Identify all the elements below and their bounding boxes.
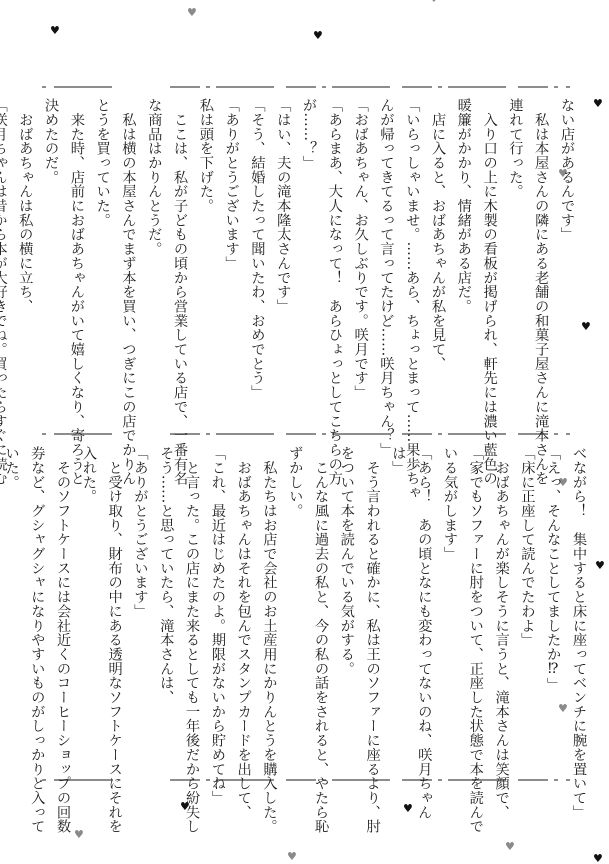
text-line: 「咲月ちゃんは昔から本が大好きでね。買ったらすぐに読む bbox=[0, 98, 11, 418]
text-line: が……？」 bbox=[295, 98, 321, 418]
text-line: 暖簾がかかり、情緒がある店だ。 bbox=[450, 98, 476, 418]
text-line: 「はい、夫の滝本隆太さんです」 bbox=[269, 98, 295, 418]
heart-icon: ♥ bbox=[595, 560, 605, 571]
text-line: 「えっ、そんなことしてましたか⁉」 bbox=[539, 446, 565, 766]
text-line: 「これ、最近はじめたのよ。期限がないから貯めてね」 bbox=[204, 446, 230, 766]
text-line: いる気がします」 bbox=[436, 446, 462, 766]
text-line: 「いらっしゃいませ。……あら、ちょっとまって……果歩ちゃ bbox=[398, 98, 424, 418]
text-line: 入れた。 bbox=[75, 446, 101, 766]
text-line: んが帰ってきてるって言ってたけど……咲月ちゃん？」 bbox=[373, 98, 399, 418]
heart-icon: ♥ bbox=[593, 98, 603, 109]
heart-icon: ♥ bbox=[429, 0, 439, 4]
text-line: をついて本を読んでいる気がする。 bbox=[333, 446, 359, 766]
text-block-upper: ない店があるんです」 私は本屋さんの隣にある老舗の和菓子屋さんに滝本さんを連れて… bbox=[0, 98, 579, 418]
text-line: おばあちゃんは私の横に立ち、 bbox=[11, 98, 37, 418]
text-line: 決めたのだ。 bbox=[37, 98, 63, 418]
text-line: べながら！ 集中すると床に座ってベンチに腕を置いて」 bbox=[565, 446, 591, 766]
heart-icon: ♥ bbox=[593, 853, 603, 864]
text-line: 「おばあちゃん、お久しぶりです。咲月です」 bbox=[347, 98, 373, 418]
text-line: 「床に正座して読んでたわよ」 bbox=[514, 446, 540, 766]
text-line: おばあちゃんはそれを包んでスタンプカードを出して、 bbox=[230, 446, 256, 766]
text-line: 「あら！ あの頃となにも変わってないのね、咲月ちゃん bbox=[410, 446, 436, 766]
text-line: と言った。この店にまた来るとしても一年後だから紛失し bbox=[178, 446, 204, 766]
text-line: ずかしい。 bbox=[281, 446, 307, 766]
text-line: とうを買っていた。 bbox=[89, 98, 115, 418]
text-line: 「あらまあ、大人になって！ あらひょっとしてこちらの方 bbox=[321, 98, 347, 418]
text-line: 私は横の本屋さんでまず本を買い、つぎにこの店でかりん bbox=[115, 98, 141, 418]
text-line: 私たちはお店で会社のお土産用にかりんとうを購入した。 bbox=[256, 446, 282, 766]
text-line: 私は頭を下げた。 bbox=[192, 98, 218, 418]
text-line: 店に入ると、おばあちゃんが私を見て、 bbox=[424, 98, 450, 418]
text-line: と受け取り、財布の中にある透明なソフトケースにそれを bbox=[101, 446, 127, 766]
text-line: 「そう、結婚したって聞いたわ、おめでとう」 bbox=[244, 98, 270, 418]
heart-icon: ♥ bbox=[403, 803, 413, 814]
heart-icon: ♥ bbox=[505, 841, 515, 852]
dashed-divider bbox=[42, 86, 570, 88]
text-line: 「ありがとうございます」 bbox=[127, 446, 153, 766]
text-block-lower: べながら！ 集中すると床に座ってベンチに腕を置いて」「えっ、そんなことしてました… bbox=[0, 446, 591, 766]
text-line: 「家でもソファーに肘をついて、正座した状態で本を読んで bbox=[462, 446, 488, 766]
text-line: いた。 bbox=[0, 446, 23, 766]
heart-icon: ♥ bbox=[287, 851, 297, 862]
heart-icon: ♥ bbox=[187, 7, 197, 18]
text-line: そう言われると確かに、私は王のソファーに座るより、肘 bbox=[359, 446, 385, 766]
text-line: 「ありがとうございます」 bbox=[218, 98, 244, 418]
text-line: そう……と思っていたら、滝本さんは、 bbox=[152, 446, 178, 766]
text-line: は」 bbox=[385, 446, 411, 766]
text-line: 連れて行った。 bbox=[502, 98, 528, 418]
text-line: 入り口の上に木製の看板が掲げられ、軒先には濃い藍色の bbox=[476, 98, 502, 418]
text-line: そのソフトケースには会社近くのコーヒーショップの回数 bbox=[49, 446, 75, 766]
heart-icon: ♥ bbox=[581, 321, 591, 332]
text-line: 来た時、店前におばあちゃんがいて嬉しくなり、寄ろうと bbox=[63, 98, 89, 418]
text-line: おばあちゃんが楽しそうに言うと、滝本さんは笑顔で、 bbox=[488, 446, 514, 766]
heart-icon: ♥ bbox=[50, 25, 60, 36]
heart-icon: ♥ bbox=[74, 829, 84, 840]
text-line: こんな風に過去の私と、今の私の話をされると、やたら恥 bbox=[307, 446, 333, 766]
text-line: ここは、私が子どもの頃から営業している店で、一番有名 bbox=[166, 98, 192, 418]
text-line: ない店があるんです」 bbox=[553, 98, 579, 418]
text-line: な商品はかりんとうだ。 bbox=[140, 98, 166, 418]
text-line: 私は本屋さんの隣にある老舗の和菓子屋さんに滝本さんを bbox=[527, 98, 553, 418]
text-line: 券など、グシャグシャになりやすいものがしっかりと入って bbox=[23, 446, 49, 766]
heart-icon: ♥ bbox=[313, 30, 323, 41]
